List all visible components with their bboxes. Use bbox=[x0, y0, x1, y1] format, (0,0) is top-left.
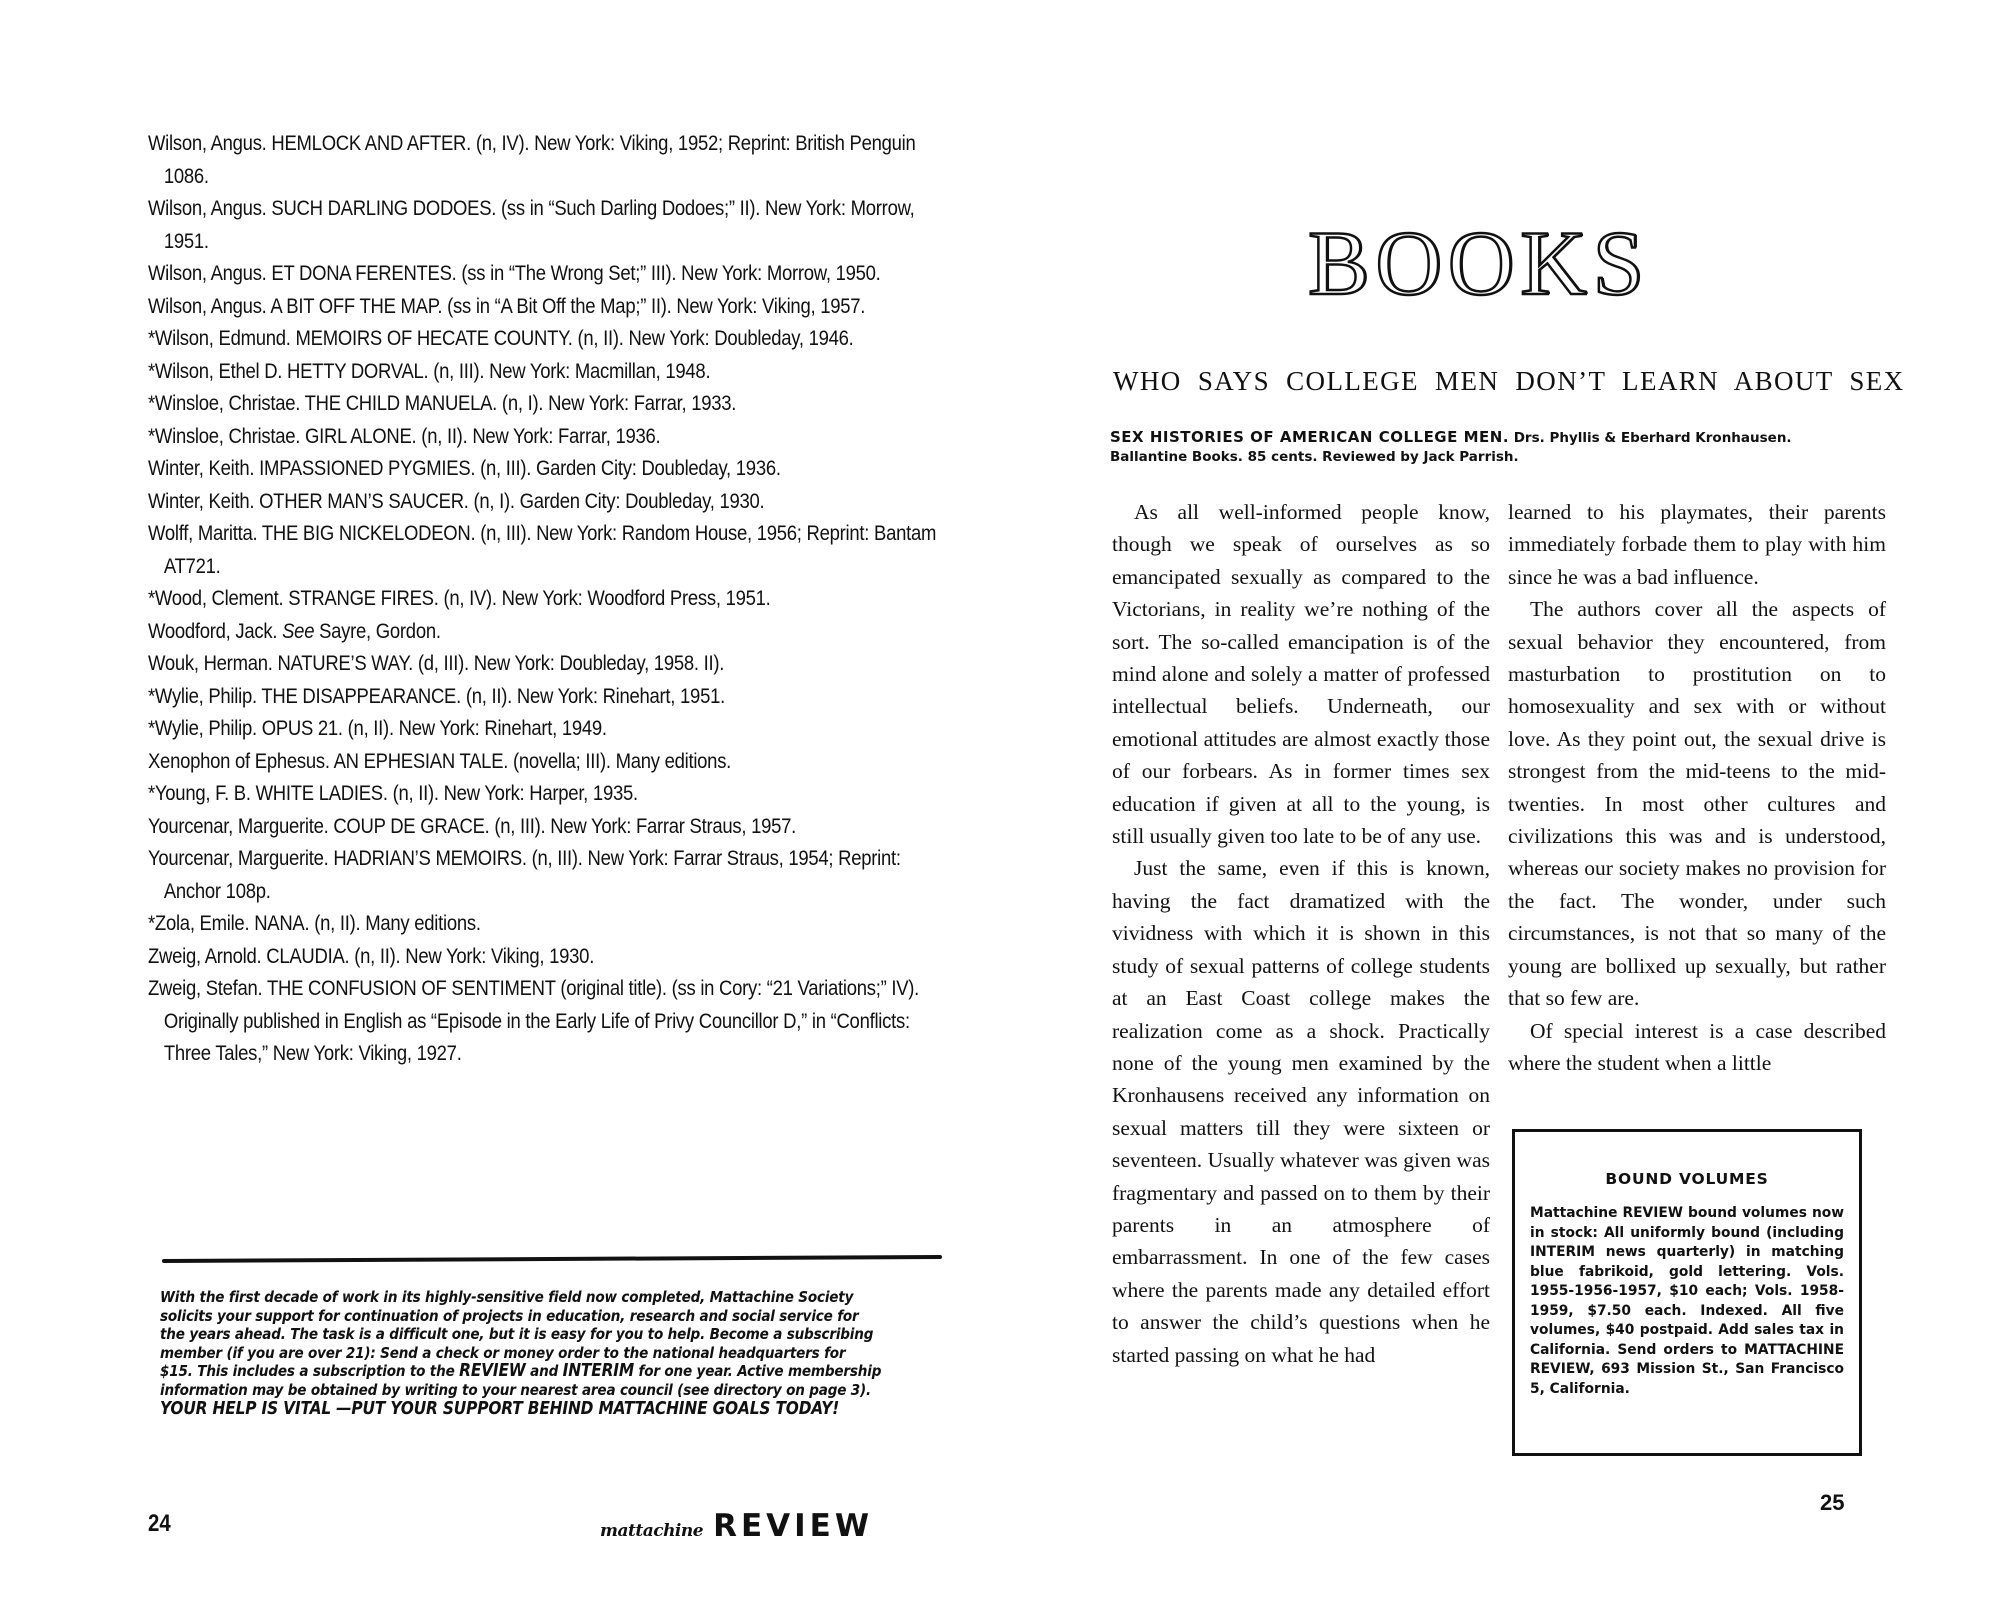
book-citation: SEX HISTORIES OF AMERICAN COLLEGE MEN. D… bbox=[1110, 428, 1870, 467]
bibliography-entry: Winter, Keith. OTHER MAN’S SAUCER. (n, I… bbox=[148, 486, 956, 519]
section-title: BOOKS bbox=[1308, 210, 1650, 316]
bibliography-entry: *Winsloe, Christae. GIRL ALONE. (n, II).… bbox=[148, 421, 956, 454]
bibliography-entry: Wilson, Angus. ET DONA FERENTES. (ss in … bbox=[148, 258, 956, 291]
paragraph: Just the same, even if this is known, ha… bbox=[1112, 852, 1490, 1371]
ad-title: BOUND VOLUMES bbox=[1515, 1170, 1859, 1188]
bibliography-entry: *Wilson, Ethel D. HETTY DORVAL. (n, III)… bbox=[148, 356, 956, 389]
article-column-1: As all well-informed people know, though… bbox=[1112, 496, 1490, 1371]
left-page: Wilson, Angus. HEMLOCK AND AFTER. (n, IV… bbox=[0, 0, 1000, 1609]
bibliography-entry: Yourcenar, Marguerite. COUP DE GRACE. (n… bbox=[148, 811, 956, 844]
entry-see-label: See bbox=[282, 620, 314, 643]
bibliography-entry: Woodford, Jack. See Sayre, Gordon. bbox=[148, 616, 956, 649]
masthead-logo: mattachineREVIEW bbox=[600, 1508, 873, 1544]
bibliography-entry: Wolff, Maritta. THE BIG NICKELODEON. (n,… bbox=[148, 518, 956, 583]
membership-appeal: With the first decade of work in its hig… bbox=[160, 1288, 882, 1418]
bibliography-entry: Wilson, Angus. HEMLOCK AND AFTER. (n, IV… bbox=[148, 128, 956, 193]
bibliography-entry: Wouk, Herman. NATURE’S WAY. (d, III). Ne… bbox=[148, 648, 956, 681]
bound-volumes-ad: BOUND VOLUMES Mattachine REVIEW bound vo… bbox=[1512, 1129, 1862, 1456]
bibliography-entry: *Young, F. B. WHITE LADIES. (n, II). New… bbox=[148, 778, 956, 811]
appeal-review-word: REVIEW bbox=[459, 1361, 525, 1381]
paragraph: learned to his playmates, their parents … bbox=[1508, 496, 1886, 593]
horizontal-divider bbox=[162, 1255, 942, 1263]
page-number: 24 bbox=[148, 1510, 171, 1538]
review-headline: WHO SAYS COLLEGE MEN DON’T LEARN ABOUT S… bbox=[1113, 366, 1873, 397]
bibliography-entry: *Zola, Emile. NANA. (n, II). Many editio… bbox=[148, 908, 956, 941]
bibliography-entry: *Wylie, Philip. OPUS 21. (n, II). New Yo… bbox=[148, 713, 956, 746]
bibliography-entry: *Wylie, Philip. THE DISAPPEARANCE. (n, I… bbox=[148, 681, 956, 714]
bibliography-entry: Wilson, Angus. SUCH DARLING DODOES. (ss … bbox=[148, 193, 956, 258]
entry-author: Woodford, Jack. bbox=[148, 620, 277, 643]
entry-reference: Sayre, Gordon. bbox=[319, 620, 441, 643]
masthead-review: REVIEW bbox=[713, 1508, 873, 1544]
ad-body: Mattachine REVIEW bound volumes now in s… bbox=[1530, 1204, 1844, 1399]
appeal-interim-word: INTERIM bbox=[563, 1361, 634, 1381]
article-column-2: learned to his playmates, their parents … bbox=[1508, 496, 1886, 1079]
appeal-closing: YOUR HELP IS VITAL —PUT YOUR SUPPORT BEH… bbox=[160, 1399, 839, 1419]
paragraph: Of special interest is a case described … bbox=[1508, 1015, 1886, 1080]
bibliography-entry: Wilson, Angus. A BIT OFF THE MAP. (ss in… bbox=[148, 291, 956, 324]
bibliography-list: Wilson, Angus. HEMLOCK AND AFTER. (n, IV… bbox=[148, 128, 956, 1071]
paragraph: As all well-informed people know, though… bbox=[1112, 496, 1490, 852]
right-page: BOOKS WHO SAYS COLLEGE MEN DON’T LEARN A… bbox=[1000, 0, 1999, 1609]
masthead-script: mattachine bbox=[600, 1521, 703, 1541]
page-number: 25 bbox=[1820, 1490, 1844, 1516]
appeal-and: and bbox=[526, 1362, 563, 1380]
bibliography-entry: *Winsloe, Christae. THE CHILD MANUELA. (… bbox=[148, 388, 956, 421]
bibliography-entry: Zweig, Stefan. THE CONFUSION OF SENTIMEN… bbox=[148, 973, 956, 1071]
paragraph: The authors cover all the aspects of sex… bbox=[1508, 593, 1886, 1014]
bibliography-entry: *Wood, Clement. STRANGE FIRES. (n, IV). … bbox=[148, 583, 956, 616]
bibliography-entry: Zweig, Arnold. CLAUDIA. (n, II). New Yor… bbox=[148, 941, 956, 974]
bibliography-entry: Winter, Keith. IMPASSIONED PYGMIES. (n, … bbox=[148, 453, 956, 486]
book-title: SEX HISTORIES OF AMERICAN COLLEGE MEN. bbox=[1110, 428, 1509, 446]
bibliography-entry: Xenophon of Ephesus. AN EPHESIAN TALE. (… bbox=[148, 746, 956, 779]
bibliography-entry: Yourcenar, Marguerite. HADRIAN’S MEMOIRS… bbox=[148, 843, 956, 908]
bibliography-entry: *Wilson, Edmund. MEMOIRS OF HECATE COUNT… bbox=[148, 323, 956, 356]
